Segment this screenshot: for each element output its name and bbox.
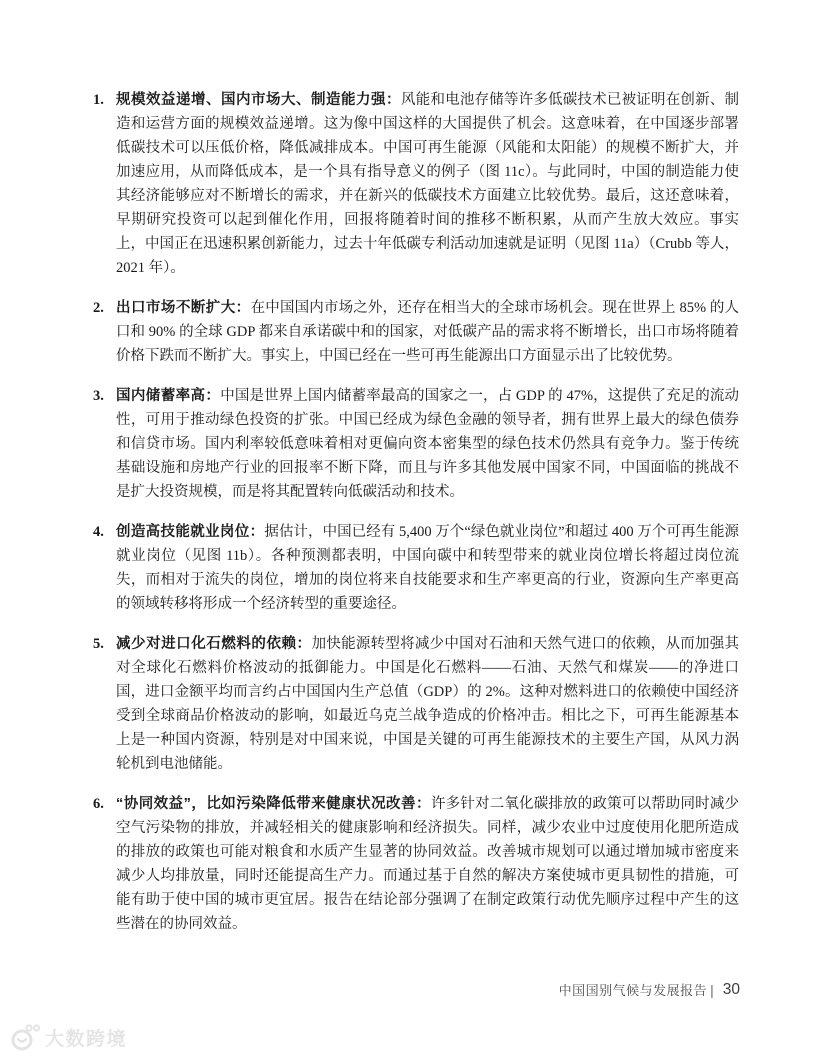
item-text: “协同效益”，比如污染降低带来健康状况改善：许多针对二氧化碳排放的政策可以帮助同…	[116, 792, 739, 936]
list-item: 6. “协同效益”，比如污染降低带来健康状况改善：许多针对二氧化碳排放的政策可以…	[93, 792, 739, 936]
item-number: 6.	[93, 792, 116, 936]
watermark-label: 大数跨境	[45, 1024, 127, 1051]
item-number: 2.	[93, 296, 116, 368]
list-item: 1. 规模效益递增、国内市场大、制造能力强：风能和电池存储等许多低碳技术已被证明…	[93, 88, 739, 280]
smiley-face-logo-icon	[10, 1024, 40, 1051]
item-number: 3.	[93, 384, 116, 504]
document-page: { "page": { "background": "#ffffff", "te…	[0, 0, 816, 1058]
list-item: 3. 国内储蓄率高：中国是世界上国内储蓄率最高的国家之一，占 GDP 的 47%…	[93, 384, 739, 504]
item-body: 加快能源转型将减少中国对石油和天然气进口的依赖，从而加强其对全球化石燃料价格波动…	[116, 636, 739, 772]
item-number: 5.	[93, 632, 116, 776]
item-text: 创造高技能就业岗位：据估计，中国已经有 5,400 万个“绿色就业岗位”和超过 …	[116, 520, 739, 616]
item-body: 风能和电池存储等许多低碳技术已被证明在创新、制造和运营方面的规模效益递增。这为像…	[116, 92, 739, 276]
item-body: 许多针对二氧化碳排放的政策可以帮助同时减少空气污染物的排放，并减轻相关的健康影响…	[116, 796, 739, 932]
page-number: 30	[723, 981, 740, 999]
item-text: 国内储蓄率高：中国是世界上国内储蓄率最高的国家之一，占 GDP 的 47%，这提…	[116, 384, 739, 504]
footer-separator: |	[710, 982, 714, 998]
item-lead: 创造高技能就业岗位：	[116, 524, 264, 540]
item-text: 出口市场不断扩大：在中国国内市场之外，还存在相当大的全球市场机会。现在世界上 8…	[116, 296, 739, 368]
numbered-list: 1. 规模效益递增、国内市场大、制造能力强：风能和电池存储等许多低碳技术已被证明…	[93, 88, 739, 952]
list-item: 2. 出口市场不断扩大：在中国国内市场之外，还存在相当大的全球市场机会。现在世界…	[93, 296, 739, 368]
item-text: 规模效益递增、国内市场大、制造能力强：风能和电池存储等许多低碳技术已被证明在创新…	[116, 88, 739, 280]
report-title: 中国国别气候与发展报告	[559, 980, 708, 999]
item-number: 4.	[93, 520, 116, 616]
page-footer: 中国国别气候与发展报告 | 30	[559, 980, 740, 999]
item-lead: 规模效益递增、国内市场大、制造能力强：	[116, 92, 401, 108]
item-lead: 出口市场不断扩大：	[116, 300, 251, 316]
item-text: 减少对进口化石燃料的依赖：加快能源转型将减少中国对石油和天然气进口的依赖，从而加…	[116, 632, 739, 776]
item-lead: 国内储蓄率高：	[116, 388, 220, 404]
item-number: 1.	[93, 88, 116, 280]
item-lead: “协同效益”，比如污染降低带来健康状况改善：	[116, 796, 431, 812]
watermark: 大数跨境	[10, 1024, 127, 1051]
list-item: 4. 创造高技能就业岗位：据估计，中国已经有 5,400 万个“绿色就业岗位”和…	[93, 520, 739, 616]
item-lead: 减少对进口化石燃料的依赖：	[116, 636, 312, 652]
list-item: 5. 减少对进口化石燃料的依赖：加快能源转型将减少中国对石油和天然气进口的依赖，…	[93, 632, 739, 776]
item-body: 中国是世界上国内储蓄率最高的国家之一，占 GDP 的 47%，这提供了充足的流动…	[116, 388, 739, 500]
